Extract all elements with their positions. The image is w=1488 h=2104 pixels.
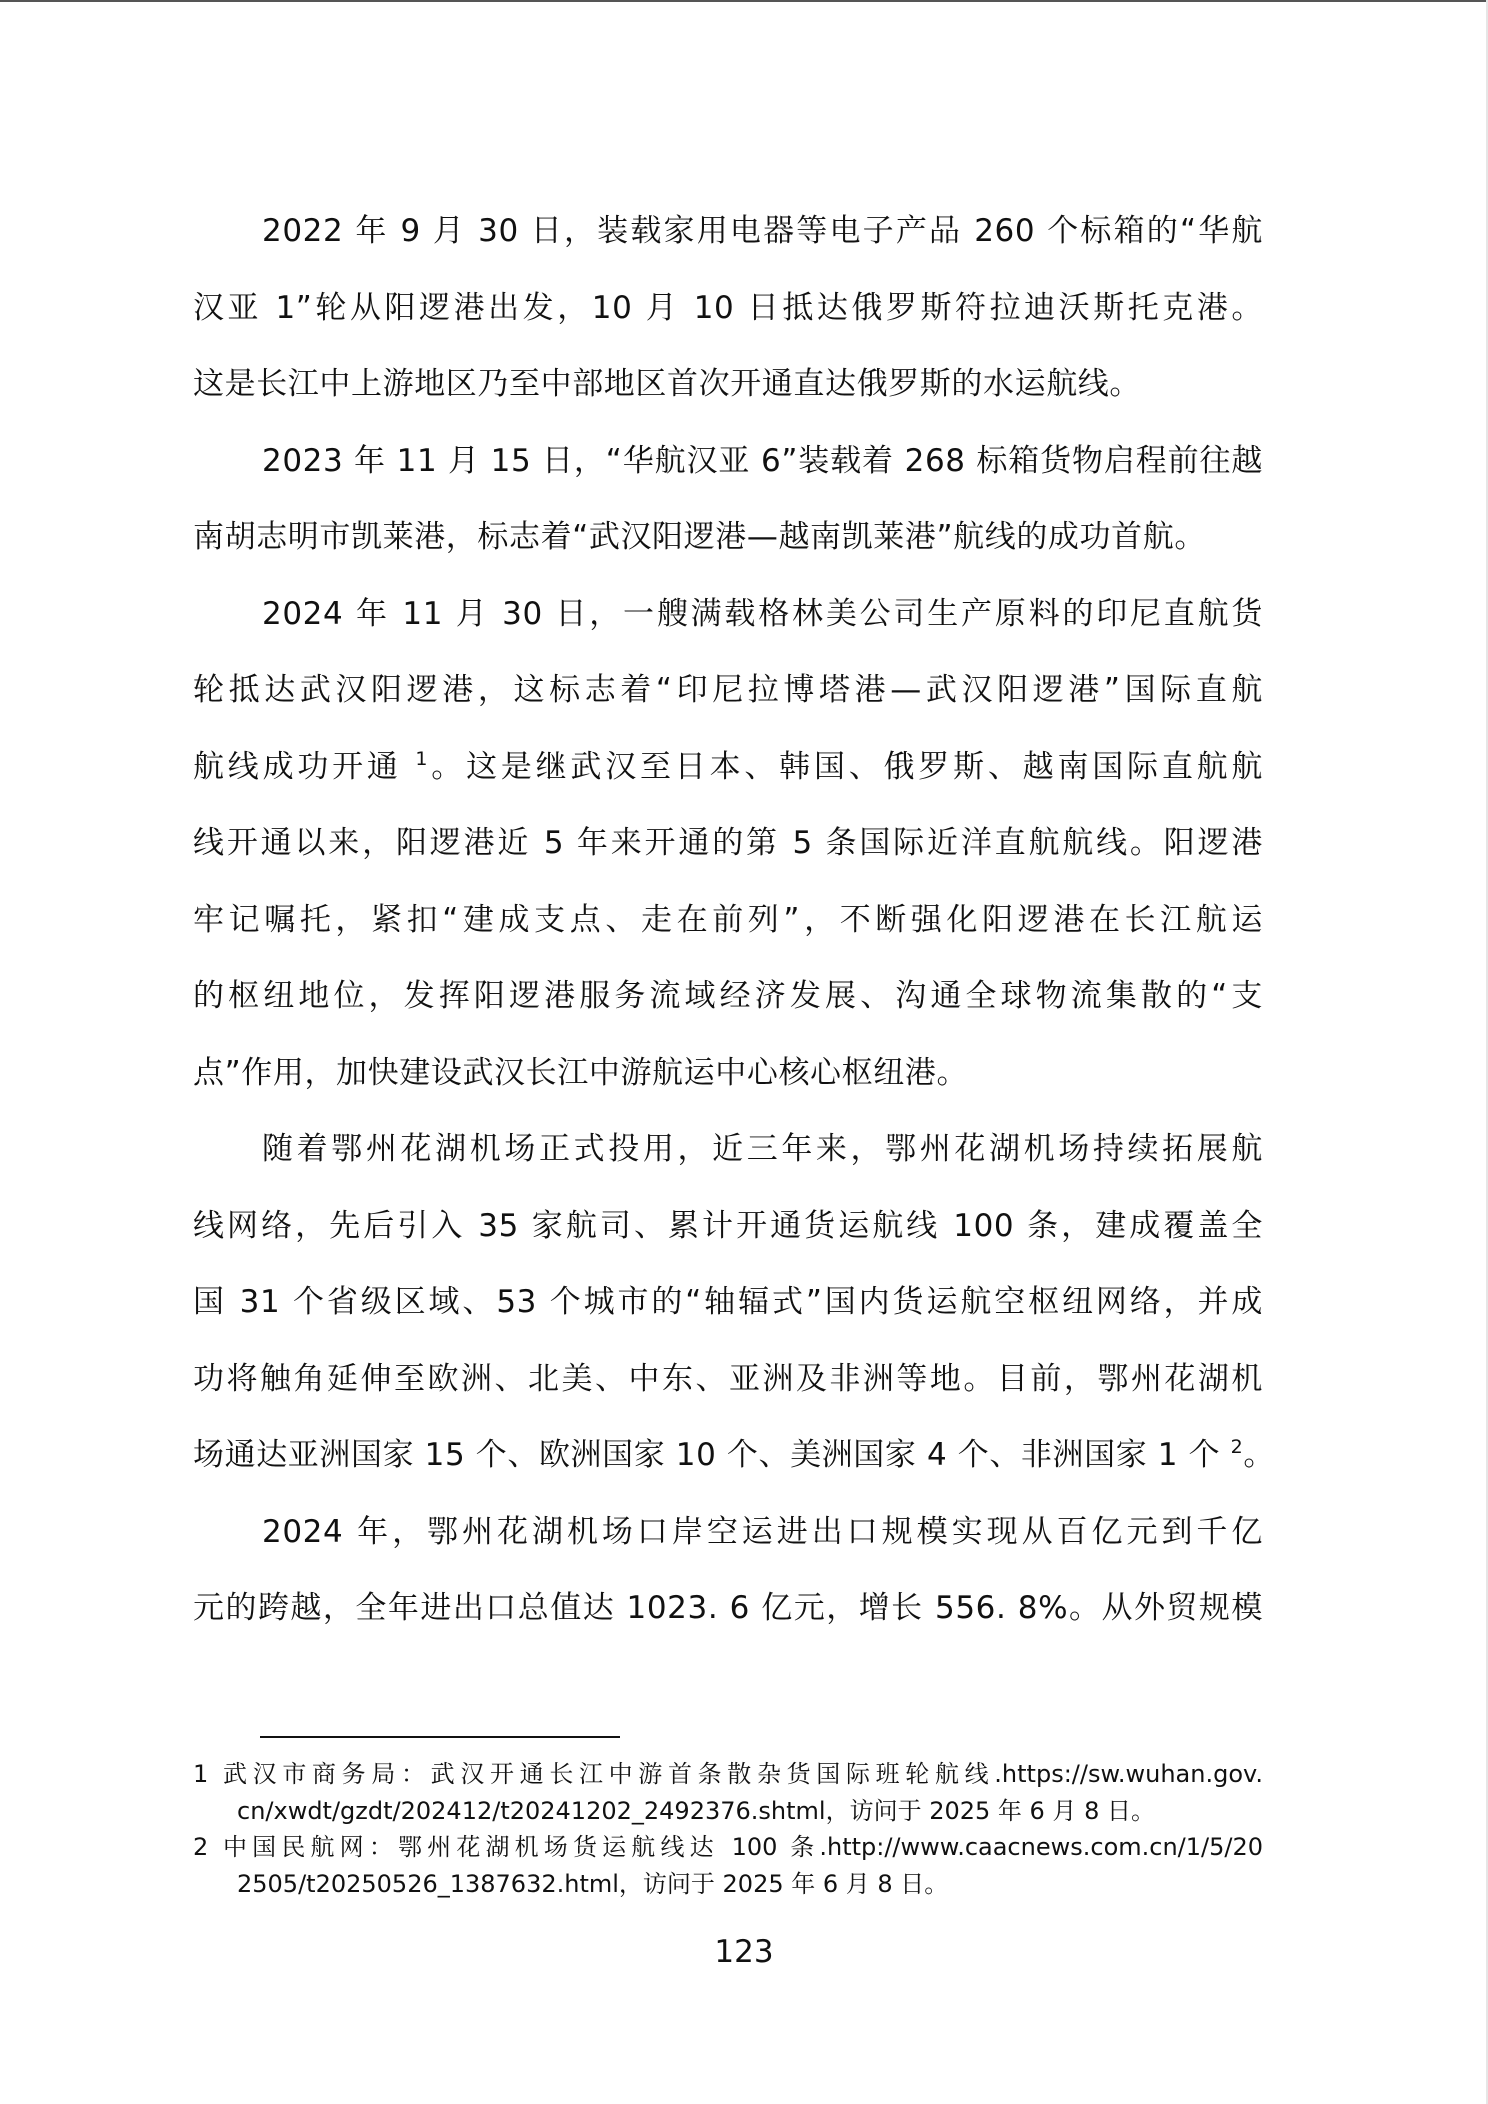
text-line: 国 31 个省级区域、53 个城市的“轴辐式”国内货运航空枢纽网络，并成	[193, 1264, 1263, 1341]
text-line: 牢记嘱托，紧扣“建成支点、走在前列”，不断强化阳逻港在长江航运	[193, 882, 1263, 959]
text-line: 线开通以来，阳逻港近 5 年来开通的第 5 条国际近洋直航航线。阳逻港	[193, 805, 1263, 882]
paragraph-huahang-hanya-1: 2022 年 9 月 30 日，装载家用电器等电子产品 260 个标箱的“华航 …	[193, 193, 1263, 423]
text-line-with-footnote: 场通达亚洲国家 15 个、欧洲国家 10 个、美洲国家 4 个、非洲国家 1 个…	[193, 1417, 1263, 1494]
text-segment: 。	[1243, 1437, 1275, 1473]
text-line: 这是长江中上游地区乃至中部地区首次开通直达俄罗斯的水运航线。	[193, 346, 1263, 423]
footnote-text[interactable]: 武汉市商务局：武汉开通长江中游首条散杂货国际班轮航线.https://sw.wu…	[223, 1756, 1263, 1793]
text-line-with-footnote: 航线成功开通 1。这是继武汉至日本、韩国、俄罗斯、越南国际直航航	[193, 729, 1263, 806]
footnotes: 1 武汉市商务局：武汉开通长江中游首条散杂货国际班轮航线.https://sw.…	[193, 1756, 1263, 1902]
paragraph-huahang-hanya-6: 2023 年 11 月 15 日，“华航汉亚 6”装载着 268 标箱货物启程前…	[193, 423, 1263, 576]
footnote-number: 2	[193, 1829, 208, 1866]
text-line: 线网络，先后引入 35 家航司、累计开通货运航线 100 条，建成覆盖全	[193, 1188, 1263, 1265]
footnote-separator	[260, 1736, 620, 1738]
text-line: 元的跨越，全年进出口总值达 1023. 6 亿元，增长 556. 8%。从外贸规…	[193, 1570, 1263, 1647]
text-line: 汉亚 1”轮从阳逻港出发，10 月 10 日抵达俄罗斯符拉迪沃斯托克港。	[193, 270, 1263, 347]
footnote-ref-2[interactable]: 2	[1231, 1436, 1244, 1458]
paragraph-ezhou-huahu-airport: 随着鄂州花湖机场正式投用，近三年来，鄂州花湖机场持续拓展航 线网络，先后引入 3…	[193, 1111, 1263, 1494]
footnote-link-continued[interactable]: cn/xwdt/gzdt/202412/t20241202_2492376.sh…	[237, 1793, 1263, 1830]
footnote-number: 1	[193, 1756, 208, 1793]
text-line: 功将触角延伸至欧洲、北美、中东、亚洲及非洲等地。目前，鄂州花湖机	[193, 1341, 1263, 1418]
text-segment: 。这是继武汉至日本、韩国、俄罗斯、越南国际直航航	[428, 749, 1263, 785]
text-line: 2022 年 9 月 30 日，装载家用电器等电子产品 260 个标箱的“华航	[193, 193, 1263, 270]
text-line: 的枢纽地位，发挥阳逻港服务流域经济发展、沟通全球物流集散的“支	[193, 958, 1263, 1035]
footnote-text[interactable]: 中国民航网：鄂州花湖机场货运航线达 100 条.http://www.caacn…	[223, 1829, 1263, 1866]
page-number: 123	[0, 1932, 1488, 1972]
text-line: 点”作用，加快建设武汉长江中游航运中心核心枢纽港。	[193, 1035, 1263, 1112]
footnote-1: 1 武汉市商务局：武汉开通长江中游首条散杂货国际班轮航线.https://sw.…	[193, 1756, 1263, 1829]
text-segment: 场通达亚洲国家 15 个、欧洲国家 10 个、美洲国家 4 个、非洲国家 1 个	[193, 1437, 1220, 1473]
text-segment: 航线成功开通	[193, 749, 402, 785]
text-line: 2024 年 11 月 30 日，一艘满载格林美公司生产原料的印尼直航货	[193, 576, 1263, 653]
footnote-link-continued[interactable]: 2505/t20250526_1387632.html，访问于 2025 年 6…	[237, 1866, 1263, 1903]
text-line: 2024 年，鄂州花湖机场口岸空运进出口规模实现从百亿元到千亿	[193, 1494, 1263, 1571]
paragraph-2024-trade-value: 2024 年，鄂州花湖机场口岸空运进出口规模实现从百亿元到千亿 元的跨越，全年进…	[193, 1494, 1263, 1647]
page-body: 2022 年 9 月 30 日，装载家用电器等电子产品 260 个标箱的“华航 …	[193, 193, 1263, 1647]
text-line: 2023 年 11 月 15 日，“华航汉亚 6”装载着 268 标箱货物启程前…	[193, 423, 1263, 500]
text-line: 南胡志明市凯莱港，标志着“武汉阳逻港—越南凯莱港”航线的成功首航。	[193, 499, 1263, 576]
paragraph-indonesia-route: 2024 年 11 月 30 日，一艘满载格林美公司生产原料的印尼直航货 轮抵达…	[193, 576, 1263, 1112]
text-line: 轮抵达武汉阳逻港，这标志着“印尼拉博塔港—武汉阳逻港”国际直航	[193, 652, 1263, 729]
text-line: 随着鄂州花湖机场正式投用，近三年来，鄂州花湖机场持续拓展航	[193, 1111, 1263, 1188]
page-top-border	[0, 0, 1488, 2]
footnote-ref-1[interactable]: 1	[415, 748, 428, 770]
footnote-2: 2 中国民航网：鄂州花湖机场货运航线达 100 条.http://www.caa…	[193, 1829, 1263, 1902]
